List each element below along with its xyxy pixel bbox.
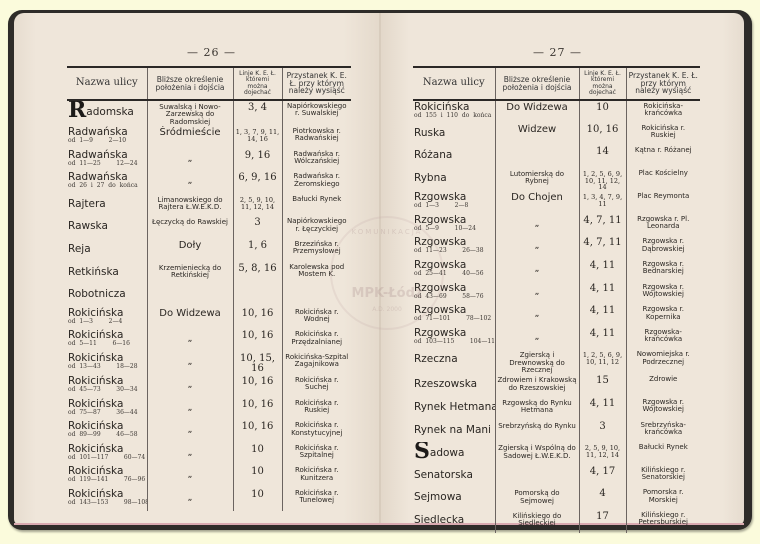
- table-row: Rzgowskaod 103—115 104—112„4, 11Rzgowska…: [413, 327, 700, 350]
- ditto-mark: „: [498, 327, 577, 342]
- table-row: RejaDoły1, 6Brzezińska r. Przemysłowej: [67, 239, 351, 262]
- ditto-mark: „: [498, 236, 577, 251]
- street-name-text: Rzeszowska: [414, 378, 477, 390]
- house-number-range: od 5—9 10—24: [414, 226, 493, 232]
- table-row: Rokicińskaod 1—3 2—4Do Widzewa10, 16Roki…: [67, 307, 351, 330]
- tram-lines: 4, 11: [582, 397, 624, 410]
- table-row: Rokicińskaod 13—43 18—28„10, 15, 16Rokic…: [67, 352, 351, 375]
- street-name-cell: Rzgowskaod 5—9 10—24: [413, 214, 495, 237]
- ditto-mark: „: [150, 420, 231, 435]
- location-description-cell: Limanowskiego do Rajtera Ł.W.E.K.D.: [147, 194, 233, 217]
- table-row: Rokicińskaod 5—11 6—16„10, 16Rokicińska …: [67, 329, 351, 352]
- tram-stop-cell: Rokicińska r. Ruskiej: [282, 398, 351, 421]
- table-row: Rokicińskaod 89—99 46—58„10, 16Rokicińsk…: [67, 420, 351, 443]
- tram-stop-cell: Rokicińska r. Suchej: [282, 375, 351, 398]
- tram-lines-cell: 3, 4: [233, 100, 282, 126]
- street-name-cell: Ruska: [413, 123, 495, 146]
- tram-stop-cell: Plac Reymonta: [626, 191, 700, 214]
- house-number-range: od 119—141 76—96: [68, 477, 145, 483]
- tram-lines-cell: 4, 7, 11: [579, 214, 626, 237]
- tram-stop: Rokicińska r. Szpitalnej: [285, 443, 350, 460]
- street-name-cell: Rokicińskaod 101—117 60—74: [67, 443, 147, 466]
- tram-stop: Rokicińska r. Przędzalnianej: [285, 329, 350, 346]
- street-table-left: Nazwa ulicy Bliższe określenie położenia…: [67, 66, 351, 511]
- tram-stop: Rokicińska r. Ruskiej: [629, 123, 699, 140]
- page-number-left: — 26 —: [187, 46, 236, 59]
- street-name: Sejmowa: [414, 487, 493, 503]
- location-description-cell: [495, 465, 579, 488]
- street-name: Senatorska: [414, 465, 493, 481]
- tram-lines: 17: [582, 510, 624, 523]
- street-name-text: Rynek Hetmana: [414, 401, 495, 413]
- location-description: Zdrowiem i Krakowską do Rzeszowskiej: [498, 374, 577, 392]
- header-tram-stop: Przystanek K. E. Ł. przy którym należy w…: [626, 67, 700, 100]
- section-initial-letter: S: [414, 442, 430, 464]
- tram-lines: 1, 3, 7, 9, 11, 14, 16: [236, 126, 280, 143]
- tram-lines: 3: [236, 216, 280, 229]
- location-description: Śródmieście: [150, 126, 231, 139]
- tram-stop: Srebrzyńska-krańcówka: [629, 420, 699, 437]
- location-description-cell: Rzgowską do Rynku Hetmana: [495, 397, 579, 420]
- tram-lines-cell: 4, 11: [579, 304, 626, 327]
- location-description: Do Widzewa: [150, 307, 231, 320]
- location-description: [498, 465, 577, 468]
- tram-lines: 4, 11: [582, 304, 624, 317]
- tram-lines-cell: 1, 3, 4, 7, 9, 11: [579, 191, 626, 214]
- street-name: Rajtera: [68, 194, 145, 210]
- street-name-cell: Radwańskaod 1—9 2—10: [67, 126, 147, 149]
- tram-lines: 6, 9, 16: [236, 171, 280, 184]
- location-description-cell: „: [147, 465, 233, 488]
- street-name-cell: Rzgowskaod 1—3 2—8: [413, 191, 495, 214]
- table-row: Rzgowskaod 71—101 78—102„4, 11Rzgowska r…: [413, 304, 700, 327]
- location-description: Lutomierską do Rybnej: [498, 168, 577, 186]
- tram-lines-cell: [233, 284, 282, 307]
- tram-lines: 3, 4: [236, 101, 280, 114]
- location-description: Rzgowską do Rynku Hetmana: [498, 397, 577, 415]
- tram-stop: Rokicińska r. Konstytucyjnej: [285, 420, 350, 437]
- street-name-text: Rzgowska: [414, 214, 466, 226]
- location-description-cell: Lutomierską do Rybnej: [495, 168, 579, 191]
- location-description-cell: Srebrzyńską do Rynku: [495, 420, 579, 443]
- street-name-text: adowa: [430, 447, 465, 459]
- location-description-cell: „: [147, 329, 233, 352]
- tram-lines: 1, 2, 5, 6, 9, 10, 11, 12: [582, 349, 624, 366]
- header-tram-stop: Przystanek K. E. Ł. przy którym należy w…: [282, 67, 351, 100]
- location-description: [498, 145, 577, 148]
- tram-lines: 1, 3, 4, 7, 9, 11: [582, 191, 624, 208]
- street-name-cell: Sejmowa: [413, 487, 495, 510]
- street-name-text: Rybna: [414, 172, 447, 184]
- tram-lines: 10, 16: [236, 329, 280, 342]
- tram-lines-cell: 10, 16: [233, 375, 282, 398]
- tram-lines-cell: 4, 11: [579, 282, 626, 305]
- house-number-range: od 103—115 104—112: [414, 339, 493, 345]
- street-name: Rzgowska: [414, 282, 493, 294]
- tram-lines: 4, 17: [582, 465, 624, 478]
- location-description-cell: „: [495, 214, 579, 237]
- header-tram-lines: Linje K. E. Ł. któremi można dojechać: [579, 67, 626, 100]
- tram-lines-cell: 10: [233, 443, 282, 466]
- tram-stop-cell: Radwańska r. Żeromskiego: [282, 171, 351, 194]
- tram-stop-cell: Karolewska pod Mostem K.: [282, 262, 351, 285]
- tram-stop-cell: Napiórkowskiego r. Łęczyckiej: [282, 216, 351, 239]
- house-number-range: od 89—99 46—58: [68, 432, 145, 438]
- tram-lines: [236, 284, 280, 286]
- location-description: Łęczycką do Rawskiej: [150, 216, 231, 226]
- tram-stop: Rokicińska r. Wodnej: [285, 307, 350, 324]
- location-description: Pomorską do Sejmowej: [498, 487, 577, 505]
- table-row: SejmowaPomorską do Sejmowej4Pomorska r. …: [413, 487, 700, 510]
- tram-lines-cell: 3: [579, 420, 626, 443]
- location-description-cell: Łęczycką do Rawskiej: [147, 216, 233, 239]
- street-name-text: Siedlecka: [414, 514, 464, 526]
- street-name-cell: Rokicińskaod 119—141 76—96: [67, 465, 147, 488]
- house-number-range: od 155 i 110 do końca: [414, 113, 493, 119]
- tram-lines-cell: 1, 2, 5, 6, 9, 10, 11, 12: [579, 349, 626, 374]
- street-name: Sadowa: [414, 442, 493, 460]
- tram-stop-cell: Rzgowska-krańcówka: [626, 327, 700, 350]
- tram-lines-cell: 4, 11: [579, 327, 626, 350]
- tram-lines: 4, 11: [582, 259, 624, 272]
- tram-lines-cell: 4, 11: [579, 259, 626, 282]
- street-name: Rynek Hetmana: [414, 397, 493, 413]
- table-row: Radwańskaod 26 i 27 do końca„6, 9, 16Rad…: [67, 171, 351, 194]
- header-tram-lines: Linje K. E. Ł. któremi można dojechać: [233, 67, 282, 100]
- ditto-mark: „: [150, 375, 231, 390]
- house-number-range: od 5—11 6—16: [68, 341, 145, 347]
- street-name: Rybna: [414, 168, 493, 184]
- table-row: Robotnicza: [67, 284, 351, 307]
- table-row: SiedleckaKilińskiego do Siedleckiej17Kil…: [413, 510, 700, 533]
- house-number-range: od 26 i 27 do końca: [68, 183, 145, 189]
- street-name-cell: Rzgowskaod 71—101 78—102: [413, 304, 495, 327]
- tram-lines: 4: [582, 487, 624, 500]
- street-name-text: Rzgowska: [414, 327, 466, 339]
- tram-lines: 4, 7, 11: [582, 236, 624, 249]
- location-description-cell: Zgierską i Wspólną do Sadowej Ł.W.E.K.D.: [495, 442, 579, 465]
- street-name: Radwańska: [68, 149, 145, 161]
- table-row: RetkińskaKrzemieniecką do Retkińskiej5, …: [67, 262, 351, 285]
- location-description-cell: Widzew: [495, 123, 579, 146]
- street-name: Rawska: [68, 216, 145, 232]
- location-description-cell: „: [495, 304, 579, 327]
- table-row: Rokicińskaod 119—141 76—96„10Rokicińska …: [67, 465, 351, 488]
- street-name-cell: Sadowa: [413, 442, 495, 465]
- tram-stop: Bałucki Rynek: [629, 442, 699, 451]
- tram-stop: Rzgowska r. Dąbrowskiej: [629, 236, 699, 253]
- street-name-cell: Rzgowskaod 103—115 104—112: [413, 327, 495, 350]
- location-description-cell: Zdrowiem i Krakowską do Rzeszowskiej: [495, 374, 579, 397]
- location-description: Widzew: [498, 123, 577, 136]
- street-name-cell: Radomska: [67, 100, 147, 126]
- street-name-text: Rzeczna: [414, 353, 458, 365]
- location-description-cell: „: [495, 236, 579, 259]
- tram-stop-cell: Bałucki Rynek: [282, 194, 351, 217]
- house-number-range: od 71—101 78—102: [414, 316, 493, 322]
- tram-stop: Rokicińska-krańcówka: [629, 101, 699, 118]
- location-description: Doły: [150, 239, 231, 252]
- table-row: Rzgowskaod 5—9 10—24„4, 7, 11Rzgowska r.…: [413, 214, 700, 237]
- tram-lines-cell: 5, 8, 16: [233, 262, 282, 285]
- tram-lines: 2, 5, 9, 10, 11, 12, 14: [236, 194, 280, 211]
- ditto-mark: „: [150, 488, 231, 503]
- tram-stop-cell: Radwańska r. Wólczańskiej: [282, 149, 351, 172]
- street-name-cell: Rybna: [413, 168, 495, 191]
- street-name-text: Rokicińska: [68, 443, 123, 455]
- table-row: RybnaLutomierską do Rybnej1, 2, 5, 6, 9,…: [413, 168, 700, 191]
- street-name-text: Rawska: [68, 220, 108, 232]
- tram-stop-cell: Rokicińska-krańcówka: [626, 100, 700, 123]
- ditto-mark: „: [498, 282, 577, 297]
- table-row: Rokicińskaod 75—87 36—44„10, 16Rokicińsk…: [67, 398, 351, 421]
- tram-lines-cell: 2, 5, 9, 10, 11, 12, 14: [233, 194, 282, 217]
- location-description: Do Chojen: [498, 191, 577, 204]
- tram-stop: Rokicińska r. Ruskiej: [285, 398, 350, 415]
- tram-lines-cell: 15: [579, 374, 626, 397]
- table-row: Rynek HetmanaRzgowską do Rynku Hetmana4,…: [413, 397, 700, 420]
- tram-lines: 10: [236, 443, 280, 456]
- location-description-cell: „: [147, 171, 233, 194]
- street-name: Rzeszowska: [414, 374, 493, 390]
- tram-stop: Kilińskiego r. Petersburskiej: [629, 510, 699, 527]
- tram-lines-cell: 10: [233, 465, 282, 488]
- street-name: Rokicińska: [68, 443, 145, 455]
- street-name: Rynek na Mani: [414, 420, 493, 436]
- street-name-cell: Senatorska: [413, 465, 495, 488]
- street-name-cell: Rzgowskaod 11—23 26—38: [413, 236, 495, 259]
- street-name-text: adomska: [86, 106, 134, 118]
- tram-lines-cell: 10, 16: [233, 420, 282, 443]
- tram-lines-cell: 14: [579, 145, 626, 168]
- street-name-cell: Rajtera: [67, 194, 147, 217]
- tram-stop-cell: [282, 284, 351, 307]
- book-gutter: [379, 13, 381, 525]
- tram-stop: Kilińskiego r. Senatorskiej: [629, 465, 699, 482]
- street-name: Różana: [414, 145, 493, 161]
- ditto-mark: „: [150, 171, 231, 186]
- table-row: Rokicińskaod 101—117 60—74„10Rokicińska …: [67, 443, 351, 466]
- location-description-cell: [147, 284, 233, 307]
- location-description-cell: „: [147, 375, 233, 398]
- location-description-cell: [495, 145, 579, 168]
- tram-lines-cell: 10, 16: [233, 329, 282, 352]
- header-street-name: Nazwa ulicy: [67, 67, 147, 100]
- house-number-range: od 11—25 12—24: [68, 161, 145, 167]
- street-name-text: Retkińska: [68, 266, 119, 278]
- street-name: Rokicińska: [68, 398, 145, 410]
- ditto-mark: „: [150, 398, 231, 413]
- street-name-cell: Rzgowskaod 43—69 58—76: [413, 282, 495, 305]
- tram-stop-cell: Nowomiejska r. Podrzecznej: [626, 349, 700, 374]
- table-row: Rokicińskaod 45—73 30—34„10, 16Rokicińsk…: [67, 375, 351, 398]
- house-number-range: od 25—41 40—56: [414, 271, 493, 277]
- tram-stop: Rzgowska r. Wójtowskiej: [629, 397, 699, 414]
- tram-lines-cell: 10: [233, 488, 282, 511]
- tram-lines-cell: 4, 7, 11: [579, 236, 626, 259]
- street-name-cell: Siedlecka: [413, 510, 495, 533]
- location-description-cell: Do Widzewa: [147, 307, 233, 330]
- tram-stop: Rzgowska-krańcówka: [629, 327, 699, 344]
- tram-stop: Radwańska r. Żeromskiego: [285, 171, 350, 188]
- street-name: Rzgowska: [414, 327, 493, 339]
- tram-lines: 2, 5, 9, 10, 11, 12, 14: [582, 442, 624, 459]
- house-number-range: od 101—117 60—74: [68, 455, 145, 461]
- tram-stop: Radwańska r. Wólczańskiej: [285, 149, 350, 166]
- tram-stop: Karolewska pod Mostem K.: [285, 262, 350, 279]
- location-description-cell: „: [147, 443, 233, 466]
- tram-lines: 3: [582, 420, 624, 433]
- location-description-cell: Pomorską do Sejmowej: [495, 487, 579, 510]
- street-name: Rokicińska: [68, 307, 145, 319]
- tram-lines-cell: 1, 6: [233, 239, 282, 262]
- tram-lines: 10: [236, 488, 280, 501]
- location-description-cell: Suwalską i Nowo-Zarzewską do Radomskiej: [147, 100, 233, 126]
- street-name-cell: Retkińska: [67, 262, 147, 285]
- ditto-mark: „: [150, 465, 231, 480]
- street-name: Retkińska: [68, 262, 145, 278]
- tram-stop: [285, 284, 350, 286]
- table-row: RzeszowskaZdrowiem i Krakowską do Rzeszo…: [413, 374, 700, 397]
- house-number-range: od 1—3 2—8: [414, 203, 493, 209]
- tram-stop: Kątna r. Różanej: [629, 145, 699, 154]
- tram-stop-cell: Rzgowska r. Kopernika: [626, 304, 700, 327]
- tram-lines: 9, 16: [236, 149, 280, 162]
- location-description-cell: Krzemieniecką do Retkińskiej: [147, 262, 233, 285]
- location-description-cell: „: [495, 327, 579, 350]
- tram-stop-cell: Rzgowska r. Wójtowskiej: [626, 397, 700, 420]
- tram-stop-cell: Rokicińska r. Konstytucyjnej: [282, 420, 351, 443]
- street-name-cell: Rokicińskaod 13—43 18—28: [67, 352, 147, 375]
- house-number-range: od 43—69 58—76: [414, 294, 493, 300]
- table-row: Rokicińskaod 155 i 110 do końcaDo Widzew…: [413, 100, 700, 123]
- street-name-text: Sejmowa: [414, 491, 462, 503]
- tram-stop-cell: Rokicińska-Szpital Zagajnikowa: [282, 352, 351, 375]
- street-name-text: Rokicińska: [68, 398, 123, 410]
- tram-stop-cell: Rokicińska r. Szpitalnej: [282, 443, 351, 466]
- tram-lines-cell: 10, 16: [233, 398, 282, 421]
- tram-lines: 10, 16: [236, 420, 280, 433]
- street-name-cell: Radwańskaod 26 i 27 do końca: [67, 171, 147, 194]
- tram-stop: Napiórkowskiego r. Łęczyckiej: [285, 216, 350, 233]
- tram-stop-cell: Brzezińska r. Przemysłowej: [282, 239, 351, 262]
- tram-stop-cell: Kilińskiego r. Senatorskiej: [626, 465, 700, 488]
- tram-stop: Rokicińska r. Suchej: [285, 375, 350, 392]
- street-name: Siedlecka: [414, 510, 493, 526]
- tram-lines-cell: 4, 11: [579, 397, 626, 420]
- street-name-cell: Różana: [413, 145, 495, 168]
- tram-lines-cell: 4: [579, 487, 626, 510]
- tram-lines-cell: 10, 15, 16: [233, 352, 282, 375]
- tram-lines: 10, 15, 16: [236, 352, 280, 375]
- location-description: Suwalską i Nowo-Zarzewską do Radomskiej: [150, 101, 231, 126]
- street-name-text: Reja: [68, 243, 91, 255]
- tram-stop: Napiórkowskiego r. Suwalskiej: [285, 101, 350, 118]
- tram-lines: 5, 8, 16: [236, 262, 280, 275]
- table-row: RadomskaSuwalską i Nowo-Zarzewską do Rad…: [67, 100, 351, 126]
- tram-lines-cell: 10, 16: [233, 307, 282, 330]
- table-row: SadowaZgierską i Wspólną do Sadowej Ł.W.…: [413, 442, 700, 465]
- street-table-right: Nazwa ulicy Bliższe określenie położenia…: [413, 66, 700, 533]
- table-row: Rzgowskaod 1—3 2—8Do Chojen1, 3, 4, 7, 9…: [413, 191, 700, 214]
- tram-lines: 15: [582, 374, 624, 387]
- header-location-description: Bliższe określenie położenia i dojścia: [147, 67, 233, 100]
- tram-stop: Rokicińska-Szpital Zagajnikowa: [285, 352, 350, 369]
- tram-lines: 4, 11: [582, 327, 624, 340]
- tram-stop-cell: Rzgowska r. Dąbrowskiej: [626, 236, 700, 259]
- street-name-text: Senatorska: [414, 469, 473, 481]
- table-row: Rzgowskaod 25—41 40—56„4, 11Rzgowska r. …: [413, 259, 700, 282]
- tram-lines: 10, 16: [236, 375, 280, 388]
- location-description-cell: „: [147, 149, 233, 172]
- tram-stop-cell: Pomorska r. Morskiej: [626, 487, 700, 510]
- tram-stop-cell: Piotrkowska r. Radwańskiej: [282, 126, 351, 149]
- street-name-cell: Rokicińskaod 155 i 110 do końca: [413, 100, 495, 123]
- tram-lines-cell: 6, 9, 16: [233, 171, 282, 194]
- location-description: [150, 284, 231, 287]
- tram-lines: 10: [582, 101, 624, 114]
- tram-lines-cell: 9, 16: [233, 149, 282, 172]
- tram-stop: Zdrowie: [629, 374, 699, 383]
- table-row: Rzgowskaod 43—69 58—76„4, 11Rzgowska r. …: [413, 282, 700, 305]
- house-number-range: od 75—87 36—44: [68, 410, 145, 416]
- location-description-cell: „: [147, 420, 233, 443]
- tram-lines-cell: 10, 16: [579, 123, 626, 146]
- street-name: Rzeczna: [414, 349, 493, 365]
- location-description-cell: Kilińskiego do Siedleckiej: [495, 510, 579, 533]
- street-name-text: Robotnicza: [68, 288, 126, 300]
- house-number-range: od 13—43 18—28: [68, 364, 145, 370]
- table-row: RuskaWidzew10, 16Rokicińska r. Ruskiej: [413, 123, 700, 146]
- table-row: RajteraLimanowskiego do Rajtera Ł.W.E.K.…: [67, 194, 351, 217]
- tram-stop-cell: Rokicińska r. Przędzalnianej: [282, 329, 351, 352]
- location-description-cell: Doły: [147, 239, 233, 262]
- ditto-mark: „: [498, 259, 577, 274]
- table-row: RzecznaZgierską i Drewnowską do Rzecznej…: [413, 349, 700, 374]
- tram-lines-cell: 17: [579, 510, 626, 533]
- street-name-cell: Reja: [67, 239, 147, 262]
- house-number-range: od 1—9 2—10: [68, 138, 145, 144]
- table-header-row: Nazwa ulicy Bliższe określenie położenia…: [67, 67, 351, 100]
- street-name-cell: Rynek Hetmana: [413, 397, 495, 420]
- tram-lines: 1, 2, 5, 6, 9, 10, 11, 12, 14: [582, 168, 624, 191]
- tram-lines-cell: 1, 2, 5, 6, 9, 10, 11, 12, 14: [579, 168, 626, 191]
- location-description: Krzemieniecką do Retkińskiej: [150, 262, 231, 280]
- street-name-cell: Rzeszowska: [413, 374, 495, 397]
- tram-stop-cell: Rokicińska r. Ruskiej: [626, 123, 700, 146]
- table-row: Radwańskaod 1—9 2—10Śródmieście1, 3, 7, …: [67, 126, 351, 149]
- header-street-name: Nazwa ulicy: [413, 67, 495, 100]
- street-name-text: Rzgowska: [414, 282, 466, 294]
- tram-stop: Rokicińska r. Tunelowej: [285, 488, 350, 505]
- street-name-text: Różana: [414, 149, 452, 161]
- location-description-cell: Do Widzewa: [495, 100, 579, 123]
- tram-lines: 1, 6: [236, 239, 280, 252]
- table-row: Rynek na ManiSrebrzyńską do Rynku3Srebrz…: [413, 420, 700, 443]
- street-name-text: Rokicińska: [68, 307, 123, 319]
- street-name-text: Ruska: [414, 127, 445, 139]
- house-number-range: od 143—153 98—108: [68, 500, 145, 506]
- ditto-mark: „: [150, 443, 231, 458]
- street-name-cell: Rokicińskaod 45—73 30—34: [67, 375, 147, 398]
- tram-lines-cell: 1, 3, 7, 9, 11, 14, 16: [233, 126, 282, 149]
- table-row: Rzgowskaod 11—23 26—38„4, 7, 11Rzgowska …: [413, 236, 700, 259]
- house-number-range: od 45—73 30—34: [68, 387, 145, 393]
- ditto-mark: „: [150, 352, 231, 367]
- ditto-mark: „: [498, 214, 577, 229]
- location-description-cell: „: [495, 259, 579, 282]
- ditto-mark: „: [150, 149, 231, 164]
